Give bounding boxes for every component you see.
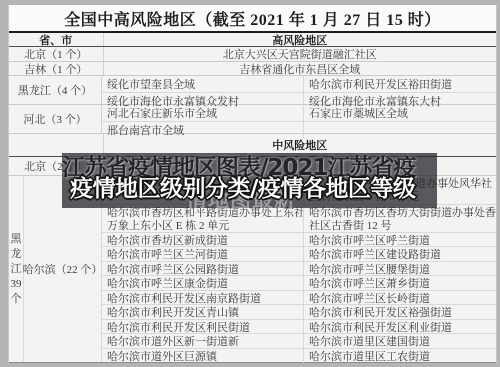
table-row: 哈尔滨市呼兰区康金街道 哈尔滨市呼兰区萧乡街道 xyxy=(102,276,496,291)
screenshot-root: 全国中高风险地区（截至 2021 年 1 月 27 日 15 时） 省、市 高风… xyxy=(0,0,500,367)
area-cell: 哈尔滨市香坊区新成街道 xyxy=(102,233,304,246)
area-cell: 哈尔滨市香坊区香坊大街街道办事处香中 社区古香街 12 号 xyxy=(304,205,496,232)
table-row-jilin-high: 吉林（1 个） 吉林省通化市东昌区全域 xyxy=(9,62,496,76)
area-cell: 哈尔滨市道里区工农街道 xyxy=(304,349,496,363)
table-row: 哈尔滨市呼兰区公园路街道 哈尔滨市呼兰区腰堡街道 xyxy=(102,262,496,276)
province-cell: 吉林（1 个） xyxy=(9,62,104,75)
area-cell: 石家庄市藁城区全域 xyxy=(304,105,496,121)
area-cell: 哈尔滨市呼兰区康金街道 xyxy=(102,276,304,290)
area-cell: 吉林省通化市东昌区全域 xyxy=(104,62,496,75)
area-cell: 河北石家庄新乐市全域 xyxy=(102,105,304,121)
table-row: 哈尔滨市香坊区新成街道 哈尔滨市呼兰区呼兰街道 xyxy=(102,233,496,247)
table-title-row: 全国中高风险地区（截至 2021 年 1 月 27 日 15 时） xyxy=(9,5,496,33)
area-cell: 哈尔滨市呼兰区呼兰街道 xyxy=(304,233,496,246)
province-cell: 北京（1 个） xyxy=(9,47,104,61)
area-cell: 绥化市望奎县全域 xyxy=(102,76,304,92)
table-row: 哈尔滨市利民开发区南京路街道 哈尔滨市呼兰区长岭街道 xyxy=(102,291,496,305)
page-title: 全国中高风险地区（截至 2021 年 1 月 27 日 15 时） xyxy=(64,7,441,30)
area-cell: 哈尔滨市道外区巨源镇 xyxy=(102,349,304,363)
area-cell: 哈尔滨市利民开发区裕强街道 xyxy=(304,305,496,319)
area-cell: 哈尔滨市道外区新一街道新 xyxy=(102,334,304,348)
table-row-heilongjiang-high: 黑龙江（4 个） 绥化市望奎县全域 哈尔滨市利民开发区裕田街道 绥化市海伦市永富… xyxy=(9,76,496,105)
area-subgrid: 绥化市望奎县全域 哈尔滨市利民开发区裕田街道 绥化市海伦市永富镇众发村 绥化市海… xyxy=(102,76,496,104)
area-subgrid: 河北石家庄新乐市全域 石家庄市藁城区全域 邢台南宫市全域 xyxy=(102,105,496,133)
area-cell: 哈尔滨市利民开发区利业街道 xyxy=(304,320,496,333)
area-cell: 哈尔滨市呼兰区萧乡街道 xyxy=(304,276,496,290)
province-cell: 黑龙江（4 个） xyxy=(9,76,102,104)
area-cell: 哈尔滨市道里区建国街道 xyxy=(304,334,496,348)
table-row-hebei-high: 河北（3 个） 河北石家庄新乐市全域 石家庄市藁城区全域 邢台南宫市全域 xyxy=(9,105,496,134)
table-row: 绥化市望奎县全域 哈尔滨市利民开发区裕田街道 xyxy=(102,76,496,93)
area-cell: 哈尔滨市利民开发区青山镇 xyxy=(102,305,304,319)
table-row: 哈尔滨市利民开发区利民街道 哈尔滨市利民开发区利业街道 xyxy=(102,320,496,334)
area-cell: 哈尔滨市利民开发区裕田街道 xyxy=(304,76,496,92)
table-row: 哈尔滨市道外区新一街道新 哈尔滨市道里区建国街道 xyxy=(102,334,496,349)
area-cell: 哈尔滨市利民开发区利民街道 xyxy=(102,320,304,333)
province-cell: 河北（3 个） xyxy=(9,105,102,133)
area-cell: 哈尔滨市呼兰区腰堡街道 xyxy=(304,262,496,275)
area-cell: 哈尔滨市呼兰区长岭街道 xyxy=(304,291,496,304)
area-cell: 哈尔滨市呼兰区公园路街道 xyxy=(102,262,304,275)
area-cell: 哈尔滨市利民开发区南京路街道 xyxy=(102,291,304,304)
table-row: 河北石家庄新乐市全域 石家庄市藁城区全域 xyxy=(102,105,496,122)
column-header-high-risk: 高风险地区 xyxy=(104,33,496,46)
table-row: 哈尔滨市利民开发区青山镇 哈尔滨市利民开发区裕强街道 xyxy=(102,305,496,320)
table-row: 哈尔滨市道外区巨源镇 哈尔滨市道里区工农街道 xyxy=(102,349,496,363)
table-row: 哈尔滨市香坊区和平路街道办事处上东社区 万象上东小区 E 栋 2 单元 哈尔滨市… xyxy=(102,205,496,233)
column-header-province: 省、市 xyxy=(9,33,104,46)
watermark-title-line2: 疫情地区级别分类/疫情各地区等级 xyxy=(70,170,415,203)
area-cell: 哈尔滨市呼兰区建设路街道 xyxy=(304,247,496,261)
high-risk-header-row: 省、市 高风险地区 xyxy=(9,33,496,47)
table-row: 哈尔滨市呼兰区兰河街道 哈尔滨市呼兰区建设路街道 xyxy=(102,247,496,262)
area-cell: 哈尔滨市呼兰区兰河街道 xyxy=(102,247,304,261)
area-cell: 北京大兴区天宫院街道融汇社区 xyxy=(104,47,496,61)
